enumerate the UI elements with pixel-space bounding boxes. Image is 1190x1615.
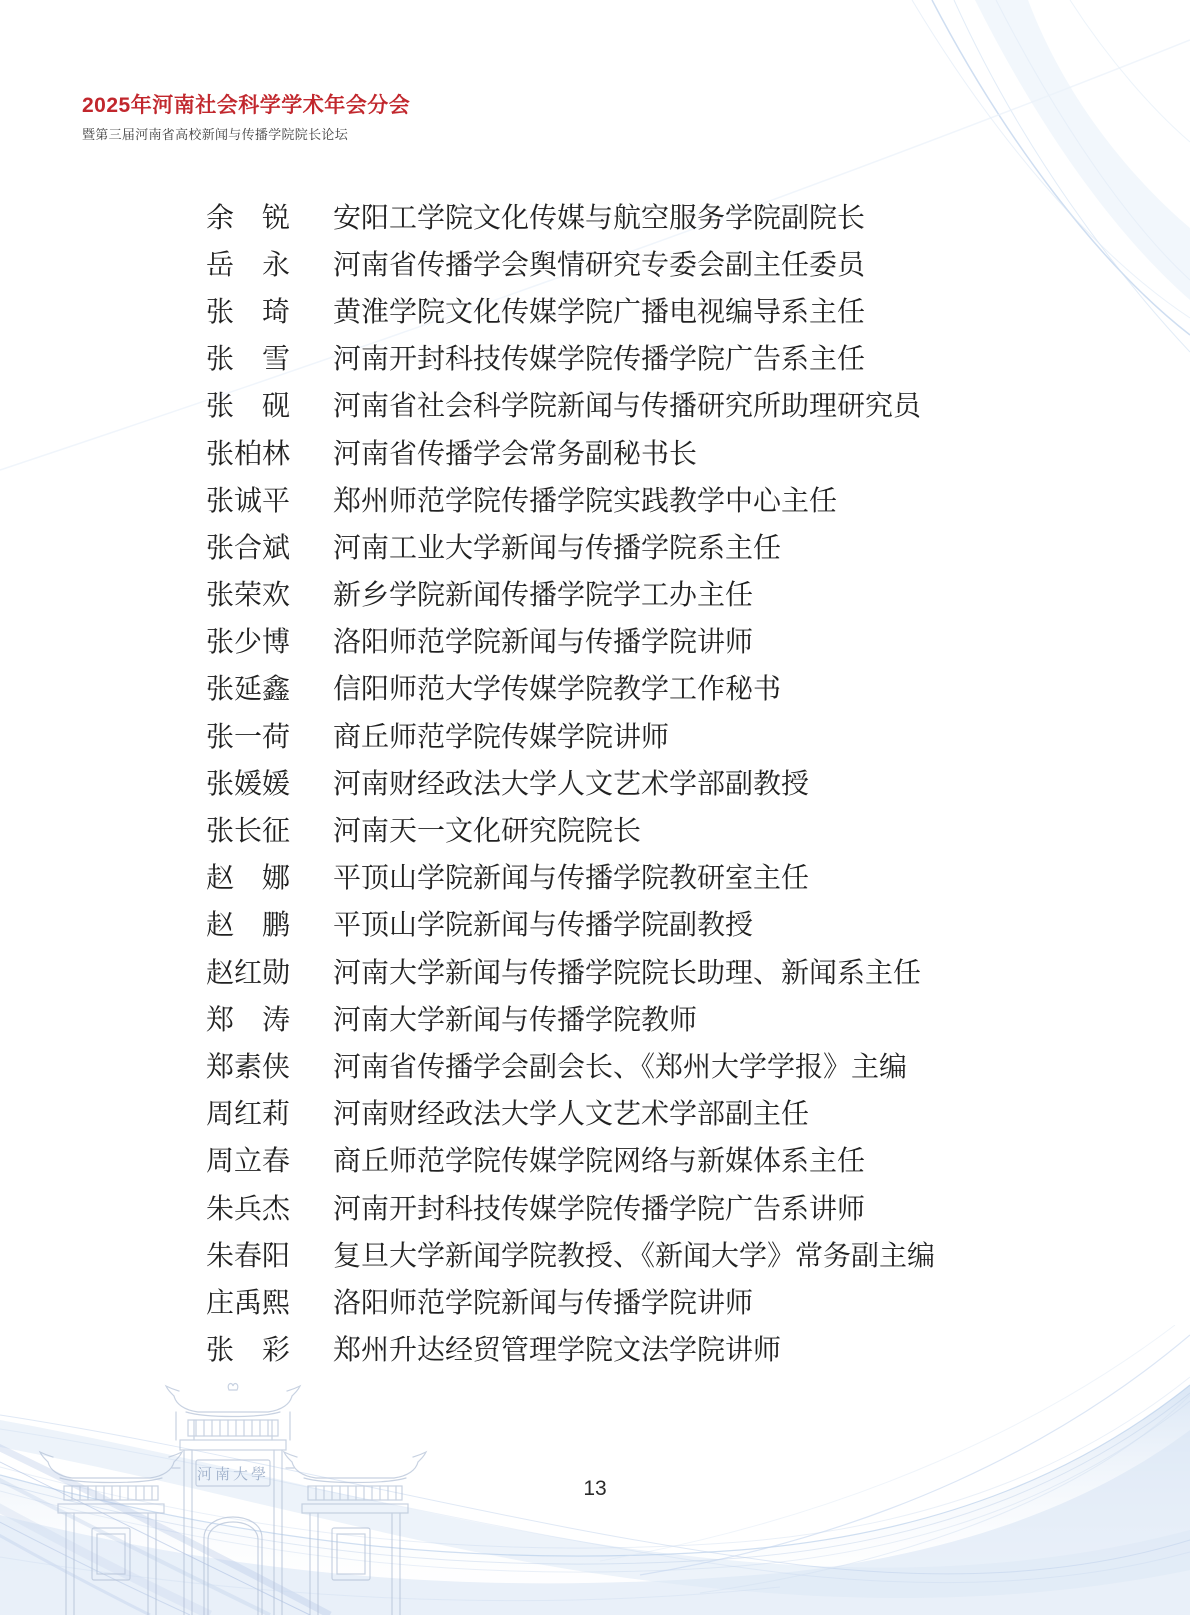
attendee-name: 张雪 xyxy=(206,337,290,377)
attendee-name: 张合斌 xyxy=(206,526,290,566)
attendee-name: 赵鹏 xyxy=(206,903,290,943)
attendee-row: 朱兵杰 河南开封科技传媒学院传播学院广告系讲师 xyxy=(0,1183,1190,1230)
attendee-row: 张少博 洛阳师范学院新闻与传播学院讲师 xyxy=(0,617,1190,664)
attendee-affiliation: 洛阳师范学院新闻与传播学院讲师 xyxy=(333,620,753,660)
attendee-row: 赵红勋 河南大学新闻与传播学院院长助理、新闻系主任 xyxy=(0,947,1190,994)
attendee-row: 郑素侠 河南省传播学会副会长、《郑州大学学报》主编 xyxy=(0,1041,1190,1088)
attendee-row: 朱春阳 复旦大学新闻学院教授、《新闻大学》常务副主编 xyxy=(0,1230,1190,1277)
attendee-row: 张砚 河南省社会科学院新闻与传播研究所助理研究员 xyxy=(0,381,1190,428)
attendee-name: 郑涛 xyxy=(206,998,290,1038)
attendee-name: 张长征 xyxy=(206,809,290,849)
attendee-affiliation: 平顶山学院新闻与传播学院教研室主任 xyxy=(333,856,809,896)
attendee-name: 张一荷 xyxy=(206,715,290,755)
attendee-row: 张琦 黄淮学院文化传媒学院广播电视编导系主任 xyxy=(0,286,1190,333)
document-page: 河南大學 2025年河南社会科学学术年会分会 暨第三届河南省高校新闻与传播学院院… xyxy=(0,0,1190,1615)
attendee-name: 朱兵杰 xyxy=(206,1187,290,1227)
attendee-name: 张砚 xyxy=(206,384,290,424)
attendee-affiliation: 河南大学新闻与传播学院教师 xyxy=(333,998,697,1038)
attendee-affiliation: 商丘师范学院传媒学院讲师 xyxy=(333,715,669,755)
attendee-row: 余锐 安阳工学院文化传媒与航空服务学院副院长 xyxy=(0,192,1190,239)
attendee-affiliation: 河南省社会科学院新闻与传播研究所助理研究员 xyxy=(333,384,921,424)
attendee-row: 张媛媛 河南财经政法大学人文艺术学部副教授 xyxy=(0,758,1190,805)
attendee-row: 张荣欢 新乡学院新闻传播学院学工办主任 xyxy=(0,570,1190,617)
attendee-name: 赵娜 xyxy=(206,856,290,896)
page-number: 13 xyxy=(583,1477,606,1501)
gate-plaque-label: 河南大學 xyxy=(197,1466,269,1483)
attendee-affiliation: 河南工业大学新闻与传播学院系主任 xyxy=(333,526,781,566)
attendee-affiliation: 河南省传播学会副会长、《郑州大学学报》主编 xyxy=(333,1045,907,1085)
attendee-row: 张诚平 郑州师范学院传播学院实践教学中心主任 xyxy=(0,475,1190,522)
attendee-row: 周立春 商丘师范学院传媒学院网络与新媒体系主任 xyxy=(0,1136,1190,1183)
attendee-name: 周立春 xyxy=(206,1139,290,1179)
attendee-row: 张一荷 商丘师范学院传媒学院讲师 xyxy=(0,711,1190,758)
attendee-affiliation: 河南财经政法大学人文艺术学部副主任 xyxy=(333,1092,809,1132)
attendee-name: 张荣欢 xyxy=(206,573,290,613)
attendee-name: 岳永 xyxy=(206,243,290,283)
attendee-row: 岳永 河南省传播学会舆情研究专委会副主任委员 xyxy=(0,239,1190,286)
attendee-row: 周红莉 河南财经政法大学人文艺术学部副主任 xyxy=(0,1089,1190,1136)
attendee-name: 赵红勋 xyxy=(206,951,290,991)
attendee-affiliation: 河南省传播学会舆情研究专委会副主任委员 xyxy=(333,243,865,283)
attendee-name: 庄禹熙 xyxy=(206,1281,290,1321)
attendee-name: 张柏林 xyxy=(206,432,290,472)
attendee-list: 余锐 安阳工学院文化传媒与航空服务学院副院长 岳永 河南省传播学会舆情研究专委会… xyxy=(0,192,1190,1372)
attendee-row: 张合斌 河南工业大学新闻与传播学院系主任 xyxy=(0,522,1190,569)
attendee-name: 张彩 xyxy=(206,1328,290,1368)
attendee-row: 张柏林 河南省传播学会常务副秘书长 xyxy=(0,428,1190,475)
attendee-row: 张雪 河南开封科技传媒学院传播学院广告系主任 xyxy=(0,334,1190,381)
attendee-row: 张延鑫 信阳师范大学传媒学院教学工作秘书 xyxy=(0,664,1190,711)
attendee-affiliation: 平顶山学院新闻与传播学院副教授 xyxy=(333,903,753,943)
attendee-affiliation: 信阳师范大学传媒学院教学工作秘书 xyxy=(333,667,781,707)
attendee-row: 赵鹏 平顶山学院新闻与传播学院副教授 xyxy=(0,900,1190,947)
attendee-affiliation: 河南省传播学会常务副秘书长 xyxy=(333,432,697,472)
attendee-row: 赵娜 平顶山学院新闻与传播学院教研室主任 xyxy=(0,853,1190,900)
attendee-affiliation: 黄淮学院文化传媒学院广播电视编导系主任 xyxy=(333,290,865,330)
attendee-name: 张琦 xyxy=(206,290,290,330)
attendee-affiliation: 商丘师范学院传媒学院网络与新媒体系主任 xyxy=(333,1139,865,1179)
attendee-affiliation: 复旦大学新闻学院教授、《新闻大学》常务副主编 xyxy=(333,1234,935,1274)
conference-subtitle: 暨第三届河南省高校新闻与传播学院院长论坛 xyxy=(82,127,410,142)
attendee-name: 朱春阳 xyxy=(206,1234,290,1274)
attendee-affiliation: 河南财经政法大学人文艺术学部副教授 xyxy=(333,762,809,802)
attendee-name: 张媛媛 xyxy=(206,762,290,802)
attendee-affiliation: 河南大学新闻与传播学院院长助理、新闻系主任 xyxy=(333,951,921,991)
attendee-affiliation: 安阳工学院文化传媒与航空服务学院副院长 xyxy=(333,196,865,236)
attendee-affiliation: 洛阳师范学院新闻与传播学院讲师 xyxy=(333,1281,753,1321)
attendee-affiliation: 郑州升达经贸管理学院文法学院讲师 xyxy=(333,1328,781,1368)
henan-university-gate-watermark: 河南大學 xyxy=(26,1378,440,1615)
attendee-name: 张诚平 xyxy=(206,479,290,519)
attendee-row: 张长征 河南天一文化研究院院长 xyxy=(0,805,1190,852)
attendee-row: 张彩 郑州升达经贸管理学院文法学院讲师 xyxy=(0,1325,1190,1372)
attendee-affiliation: 河南开封科技传媒学院传播学院广告系讲师 xyxy=(333,1187,865,1227)
attendee-name: 周红莉 xyxy=(206,1092,290,1132)
attendee-name: 余锐 xyxy=(206,196,290,236)
attendee-name: 张延鑫 xyxy=(206,667,290,707)
attendee-name: 郑素侠 xyxy=(206,1045,290,1085)
attendee-name: 张少博 xyxy=(206,620,290,660)
attendee-affiliation: 郑州师范学院传播学院实践教学中心主任 xyxy=(333,479,837,519)
attendee-affiliation: 河南天一文化研究院院长 xyxy=(333,809,641,849)
conference-title: 2025年河南社会科学学术年会分会 xyxy=(82,94,410,118)
attendee-affiliation: 河南开封科技传媒学院传播学院广告系主任 xyxy=(333,337,865,377)
attendee-row: 庄禹熙 洛阳师范学院新闻与传播学院讲师 xyxy=(0,1277,1190,1324)
page-header: 2025年河南社会科学学术年会分会 暨第三届河南省高校新闻与传播学院院长论坛 xyxy=(82,94,410,142)
attendee-affiliation: 新乡学院新闻传播学院学工办主任 xyxy=(333,573,753,613)
attendee-row: 郑涛 河南大学新闻与传播学院教师 xyxy=(0,994,1190,1041)
